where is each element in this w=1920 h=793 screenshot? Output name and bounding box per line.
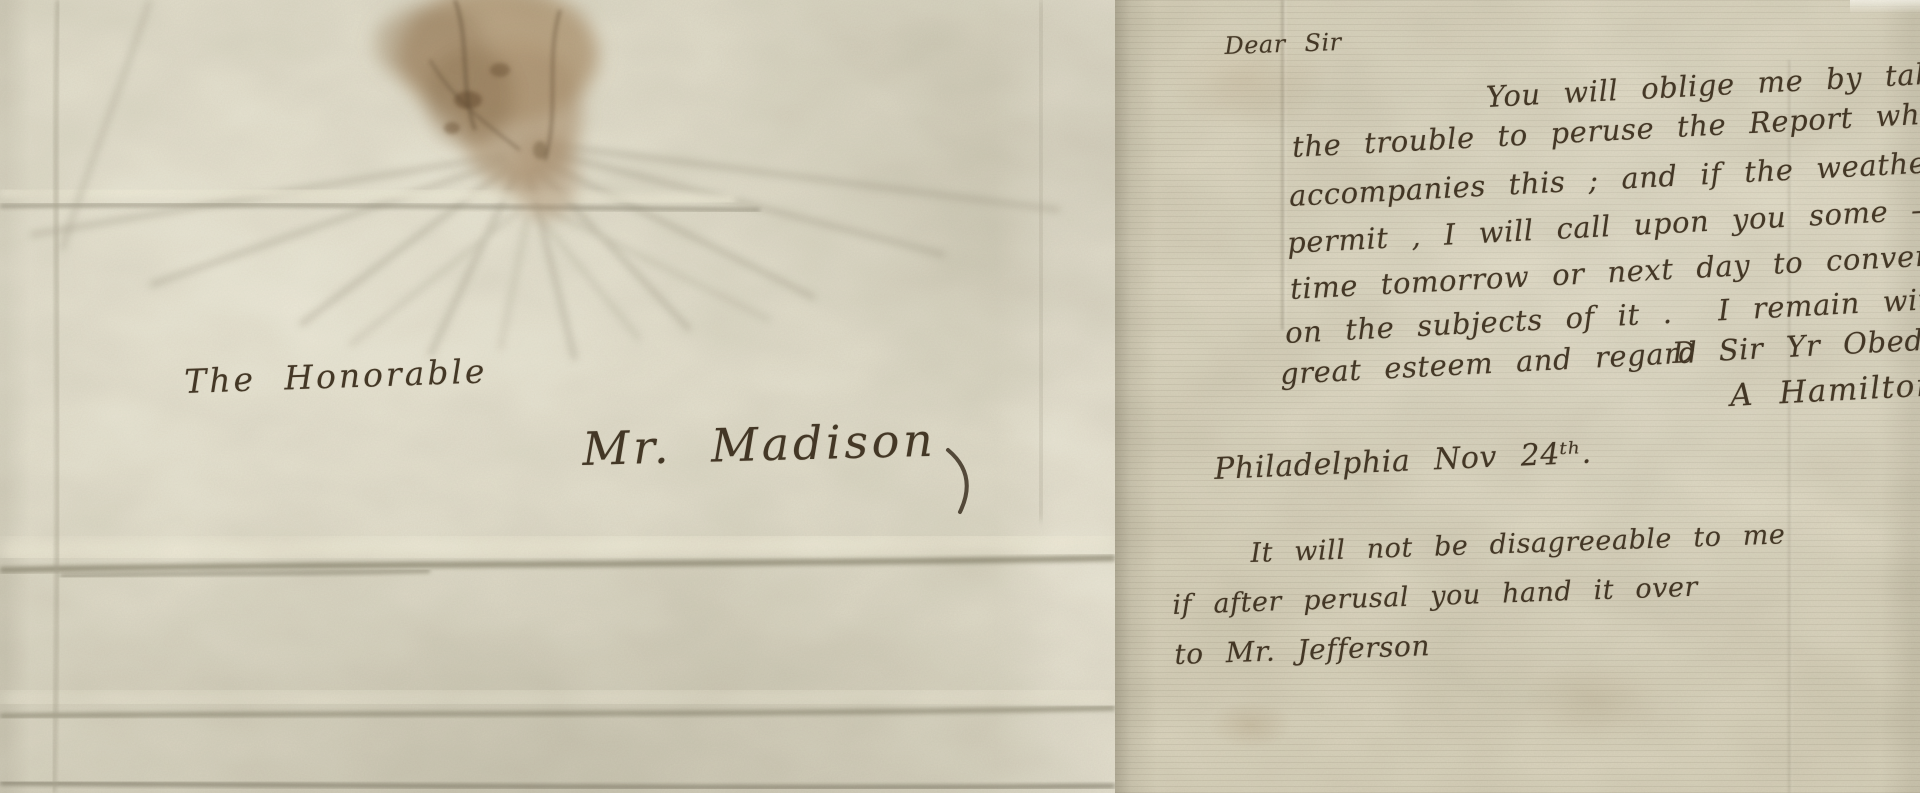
paper-stain xyxy=(1495,640,1695,760)
postscript-line: to Mr. Jefferson xyxy=(1174,629,1431,671)
address-leaf: The Honorable Mr. Madison xyxy=(0,0,1115,793)
letter-photograph: The Honorable Mr. Madison Dear Sir You w… xyxy=(0,0,1920,793)
signature-a-hamilton: A Hamilton xyxy=(1729,367,1920,414)
paper-stain xyxy=(1190,690,1310,760)
address-line-madison: Mr. Madison xyxy=(582,413,937,476)
paper-creases-and-wax-seal-stain xyxy=(0,0,1115,793)
dateline: Philadelphia Nov 24ᵗʰ. xyxy=(1213,436,1592,487)
salutation: Dear Sir xyxy=(1224,28,1342,60)
letter-page: Dear Sir You will oblige me by taking th… xyxy=(1115,0,1920,793)
postscript-line: It will not be disagreeable to me xyxy=(1250,519,1786,569)
paper-edge-highlight xyxy=(1850,0,1920,14)
postscript-line: if after perusal you hand it over xyxy=(1172,572,1699,621)
